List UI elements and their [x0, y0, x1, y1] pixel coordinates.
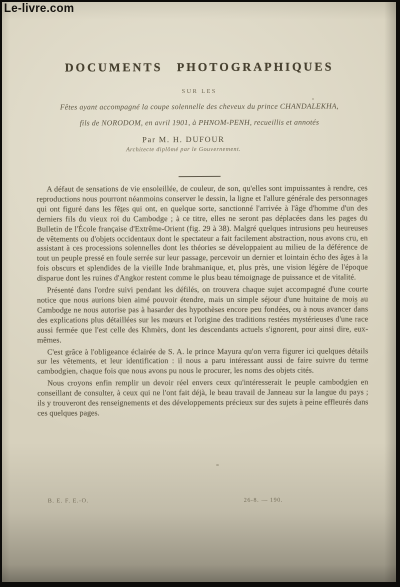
body-paragraph: A défaut de sensations de vie ensoleillé… [37, 183, 368, 283]
page-footer: B. E. F. E.-O. 26-8. — 190. [38, 497, 369, 498]
byline: Par M. H. DUFOUR [0, 134, 367, 144]
article-title: DOCUMENTS PHOTOGRAPHIQUES [0, 59, 399, 75]
scan-frame: Le-livre.com DOCUMENTS PHOTOGRAPHIQUES S… [0, 0, 400, 587]
byline-role: Architecte diplômé par le Gouvernement. [0, 146, 368, 153]
divider-rule [179, 176, 221, 177]
body-paragraph: Présenté dans l'ordre suivi pendant les … [37, 284, 368, 345]
body-paragraph: Nous croyons enfin remplir un devoir rée… [37, 378, 368, 419]
section-overline: SUR LES [0, 88, 399, 95]
article-body: A défaut de sensations de vie ensoleillé… [37, 183, 369, 420]
subtitle-line-1: Fêtes ayant accompagné la coupe solennel… [19, 101, 379, 111]
footer-signature-right: 26-8. — 190. [244, 498, 283, 504]
footer-signature-left: B. E. F. E.-O. [48, 498, 89, 504]
page-content: DOCUMENTS PHOTOGRAPHIQUES SUR LES Fêtes … [0, 0, 400, 587]
subtitle-line-2: fils de NORODOM, en avril 1901, à PHNOM-… [19, 117, 379, 127]
body-paragraph: C'est grâce à l'obligeance éclairée de S… [37, 346, 368, 377]
